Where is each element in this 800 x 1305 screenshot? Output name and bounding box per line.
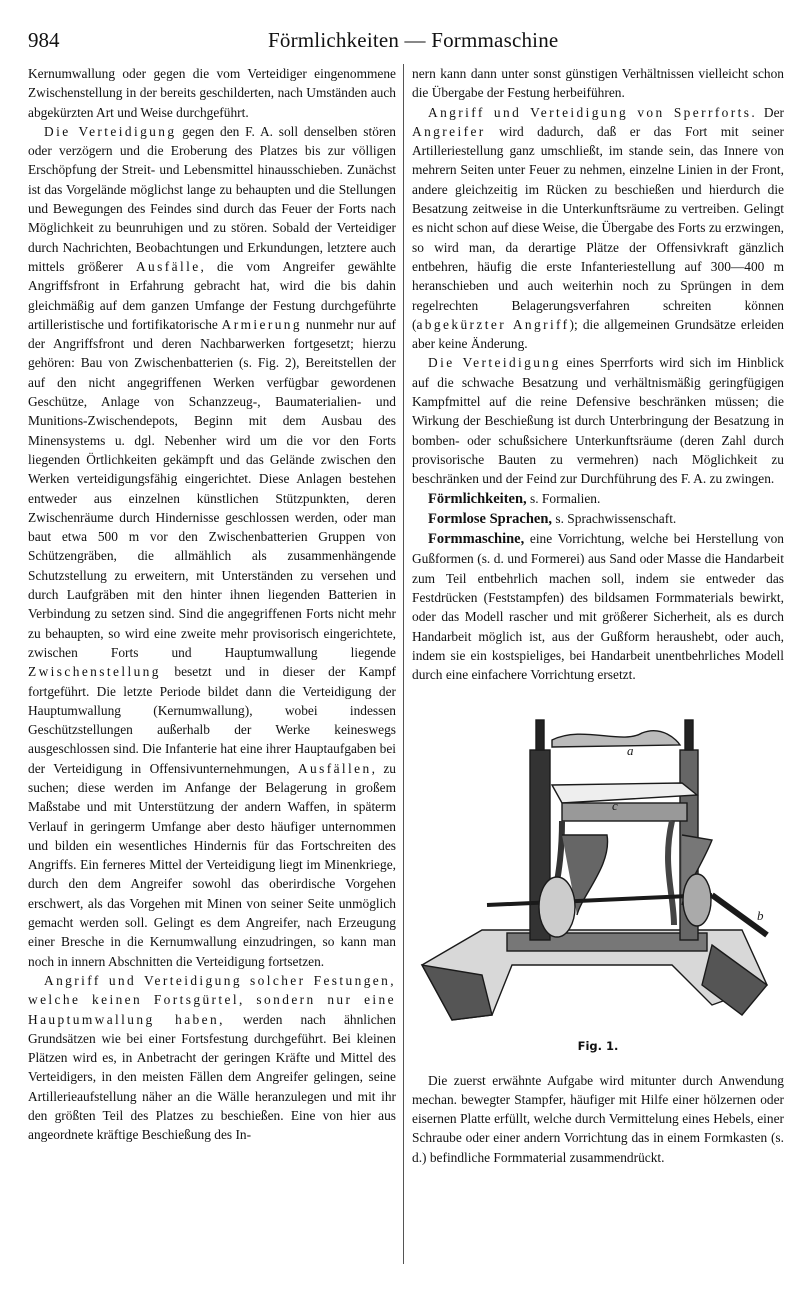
figure-label-b: b	[757, 908, 764, 923]
molding-machine-illustration: a c b	[412, 695, 784, 1035]
right-column: nern kann dann unter sonst günstigen Ver…	[412, 64, 784, 1167]
text: s. Formalien.	[527, 491, 601, 506]
paragraph-angriff-festungen: Angriff und Verteidigung solcher Festung…	[28, 971, 396, 1145]
paragraph: Kernumwallung oder gegen die vom Verteid…	[28, 64, 396, 122]
spaced-term: Zwischenstellung	[28, 664, 161, 679]
paragraph-after-figure: Die zuerst erwähnte Aufgabe wird mitunte…	[412, 1071, 784, 1167]
text: s. Sprachwissenschaft.	[552, 511, 676, 526]
paragraph-verteidigung-sperrfort: Die Verteidigung eines Sperrforts wird s…	[412, 353, 784, 488]
spaced-term: Angriff und Verteidigung von Sperrforts.	[428, 105, 757, 120]
paragraph: nern kann dann unter sonst günstigen Ver…	[412, 64, 784, 103]
paragraph-sperrforts: Angriff und Verteidigung von Sperrforts.…	[412, 103, 784, 354]
column-divider	[403, 64, 404, 1264]
spaced-term: Die Verteidigung	[44, 124, 176, 139]
spaced-term: Die Verteidigung	[428, 355, 561, 370]
paragraph-verteidigung: Die Verteidigung gegen den F. A. soll de…	[28, 122, 396, 971]
text: eines Sperrforts wird sich im Hinblick a…	[412, 355, 784, 486]
headword: Formlose Sprachen,	[428, 511, 552, 527]
text: besetzt und in dieser der Kampf fortgefü…	[28, 664, 396, 775]
spaced-term: Angreifer	[412, 124, 486, 139]
figure-formmaschine: a c b Fig. 1.	[412, 695, 784, 1055]
page-header: 984 Förmlichkeiten — Formmaschine	[28, 28, 786, 58]
entry-formmaschine: Formmaschine, eine Vorrichtung, welche b…	[412, 529, 784, 684]
spaced-term: Ausfälle	[136, 259, 201, 274]
text: Der	[757, 105, 784, 120]
text: werden nach ähnlichen Grundsätzen wie be…	[28, 1012, 396, 1143]
running-title: Förmlichkeiten — Formmaschine	[268, 28, 558, 53]
spaced-term: abgekürzter Angriff	[416, 317, 569, 332]
figure-label-c: c	[612, 798, 618, 813]
spaced-term: Ausfällen	[298, 761, 372, 776]
spaced-term: Armierung	[222, 317, 302, 332]
headword: Förmlichkeiten,	[428, 491, 527, 507]
text: gegen den F. A. soll denselben stören od…	[28, 124, 396, 274]
left-column: Kernumwallung oder gegen die vom Verteid…	[28, 64, 396, 1145]
text: eine Vorrichtung, welche bei Herstellung…	[412, 531, 784, 682]
text: , zu suchen; diese werden im Anfange der…	[28, 761, 396, 969]
page-number: 984	[28, 28, 60, 53]
text: nunmehr nur auf der Angriffsfront und de…	[28, 317, 396, 660]
figure-caption: Fig. 1.	[412, 1037, 784, 1056]
entry-foermlichkeiten: Förmlichkeiten, s. Formalien.	[412, 489, 784, 509]
headword: Formmaschine,	[428, 531, 524, 547]
figure-label-a: a	[627, 743, 634, 758]
text: wird dadurch, daß er das Fort mit seiner…	[412, 124, 784, 332]
entry-formlose-sprachen: Formlose Sprachen, s. Sprachwissenschaft…	[412, 509, 784, 529]
